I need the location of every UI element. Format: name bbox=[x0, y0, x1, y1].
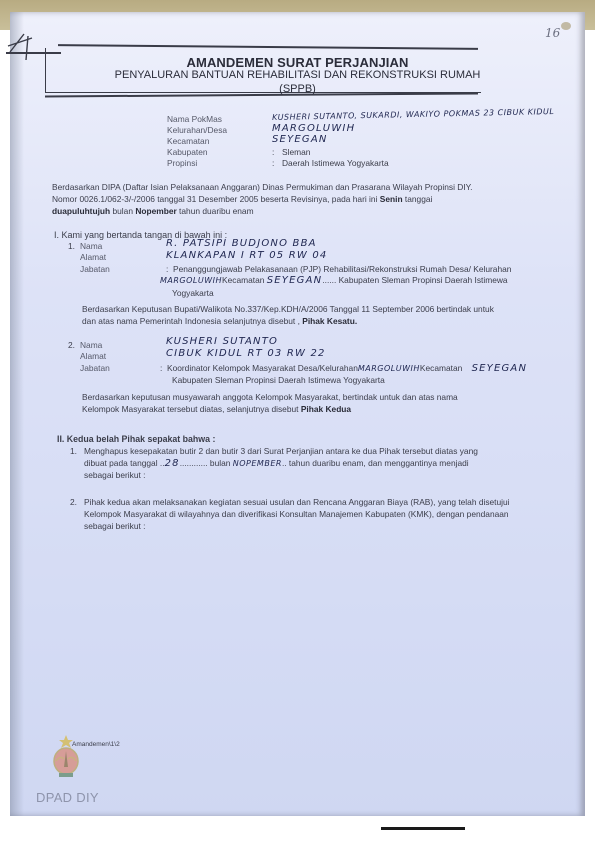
party2-number: 2. bbox=[68, 340, 75, 350]
agreement-2-number: 2. bbox=[70, 497, 77, 507]
party1-kec-label: Kecamatan bbox=[222, 275, 264, 285]
party2-position-text: Koordinator Kelompok Masyarakat Desa/Kel… bbox=[167, 363, 358, 373]
preamble-line-2-text: Nomor 0026.1/062-3/-/2006 tanggal 31 Des… bbox=[52, 194, 380, 204]
party1-basis-line-2: dan atas nama Pemerintah Indonesia selan… bbox=[82, 316, 357, 326]
identity-sep-propinsi: : bbox=[272, 158, 274, 168]
party1-basis-line-1: Berdasarkan Keputusan Bupati/Walikota No… bbox=[82, 304, 494, 314]
section-2-heading: II. Kedua belah Pihak sepakat bahwa : bbox=[57, 434, 215, 444]
party1-position-label: Jabatan bbox=[80, 264, 110, 274]
party1-number: 1. bbox=[68, 241, 75, 251]
document-abbreviation: (SPPB) bbox=[0, 83, 595, 95]
party2-basis-line-1: Berdasarkan keputusan musyawarah anggota… bbox=[82, 392, 458, 402]
party2-kec-handwritten: SEYEGAN bbox=[472, 363, 528, 374]
party1-position-rest: ...... Kabupaten Sleman Propinsi Daerah … bbox=[322, 275, 507, 285]
identity-label-desa: Kelurahan/Desa bbox=[167, 125, 227, 135]
party1-name-label: Nama bbox=[80, 241, 102, 251]
agreement-1-text-a: dibuat pada tanggal .. bbox=[84, 458, 165, 468]
agreement-1-line-1: Menghapus kesepakatan butir 2 dan butir … bbox=[84, 446, 478, 456]
agreement-1-number: 1. bbox=[70, 446, 77, 456]
party1-kec-handwritten: SEYEGAN bbox=[267, 275, 323, 286]
agreement-2-line-3: sebagai berikut : bbox=[84, 521, 145, 531]
preamble-line-3-tail: tahun duaribu enam bbox=[177, 206, 254, 216]
party1-address-value: KLANKAPAN I RT 05 RW 04 bbox=[166, 250, 328, 261]
party1-position-line-2: MARGOLUWIHKecamatan SEYEGAN...... Kabupa… bbox=[160, 275, 508, 286]
party1-position-line-1: : Penanggungjawab Pelakasanaan (PJP) Reh… bbox=[166, 264, 511, 274]
identity-value-desa: MARGOLUWIH bbox=[272, 123, 355, 134]
party2-position-line-1: : Koordinator Kelompok Masyarakat Desa/K… bbox=[160, 363, 527, 374]
party2-address-value: CIBUK KIDUL RT 03 RW 22 bbox=[166, 348, 326, 359]
party2-name-value: KUSHERI SUTANTO bbox=[166, 336, 278, 347]
party2-kec-label: Kecamatan bbox=[420, 363, 462, 373]
agreement-1-line-2: dibuat pada tanggal ..28............ bul… bbox=[84, 458, 469, 469]
party2-address-label: Alamat bbox=[80, 351, 106, 361]
agreement-1-text-c: .. tahun duaribu enam, dan menggantinya … bbox=[282, 458, 469, 468]
identity-value-kabupaten: Sleman bbox=[282, 147, 310, 157]
preamble-day: Senin bbox=[380, 194, 403, 204]
document-reference: Amandemen\1\2 bbox=[72, 741, 120, 748]
document-subtitle: PENYALURAN BANTUAN REHABILITASI DAN REKO… bbox=[0, 69, 595, 81]
identity-label-pokmas: Nama PokMas bbox=[167, 114, 222, 124]
page-edge-shadow bbox=[10, 12, 24, 816]
party1-address-label: Alamat bbox=[80, 252, 106, 262]
preamble-line-2: Nomor 0026.1/062-3/-/2006 tanggal 31 Des… bbox=[52, 194, 432, 204]
party1-desa-handwritten: MARGOLUWIH bbox=[160, 276, 222, 285]
scanner-footer-bar bbox=[381, 827, 465, 830]
preamble-line-2-tail: tanggai bbox=[403, 194, 433, 204]
identity-label-propinsi: Propinsi bbox=[167, 158, 197, 168]
party2-position-label: Jabatan bbox=[80, 363, 110, 373]
party2-role: Pihak Kedua bbox=[301, 404, 351, 414]
agreement-1-month-handwritten: NOPEMBER bbox=[233, 459, 282, 468]
party2-desa-handwritten: MARGOLUWIH bbox=[358, 364, 420, 373]
preamble-line-1: Berdasarkan DIPA (Daftar Isian Pelaksana… bbox=[52, 182, 473, 192]
archive-watermark: DPAD DIY bbox=[36, 790, 99, 805]
agreement-2-line-2: Kelompok Masyarakat di wilayahnya dan di… bbox=[84, 509, 509, 519]
agreement-1-line-3: sebagai berikut : bbox=[84, 470, 145, 480]
agreement-1-date-handwritten: 28 bbox=[165, 458, 180, 469]
party1-role: Pihak Kesatu. bbox=[302, 316, 357, 326]
identity-label-kecamatan: Kecamatan bbox=[167, 136, 209, 146]
agreement-1-text-b: ............ bulan bbox=[180, 458, 233, 468]
preamble-month: Nopember bbox=[135, 206, 176, 216]
party2-position-line-2: Kabupaten Sleman Propinsi Daerah Istimew… bbox=[172, 375, 385, 385]
party2-basis-text: Kelompok Masyarakat tersebut diatas, sel… bbox=[82, 404, 301, 414]
party1-position-line-3: Yogyakarta bbox=[172, 288, 214, 298]
page-number: 16 bbox=[545, 26, 560, 40]
paper-stain bbox=[561, 22, 571, 30]
party2-basis-line-2: Kelompok Masyarakat tersebut diatas, sel… bbox=[82, 404, 351, 414]
party1-position-text: Penanggungjawab Pelakasanaan (PJP) Rehab… bbox=[173, 264, 511, 274]
identity-label-kabupaten: Kabupaten bbox=[167, 147, 208, 157]
document-title: AMANDEMEN SURAT PERJANJIAN bbox=[0, 55, 595, 70]
identity-sep-kabupaten: : bbox=[272, 147, 274, 157]
party2-name-label: Nama bbox=[80, 340, 102, 350]
preamble-date: duapuluhtujuh bbox=[52, 206, 110, 216]
preamble-line-3: duapuluhtujuh bulan Nopember tahun duari… bbox=[52, 206, 254, 216]
identity-value-kecamatan: SEYEGAN bbox=[272, 134, 328, 145]
identity-value-propinsi: Daerah Istimewa Yogyakarta bbox=[282, 158, 389, 168]
party1-basis-text: dan atas nama Pemerintah Indonesia selan… bbox=[82, 316, 302, 326]
preamble-line-3-text: bulan bbox=[110, 206, 135, 216]
agreement-2-line-1: Pihak kedua akan melaksanakan kegiatan s… bbox=[84, 497, 510, 507]
party1-name-value: R. PATSIPI BUDJONO BBA bbox=[166, 238, 317, 249]
